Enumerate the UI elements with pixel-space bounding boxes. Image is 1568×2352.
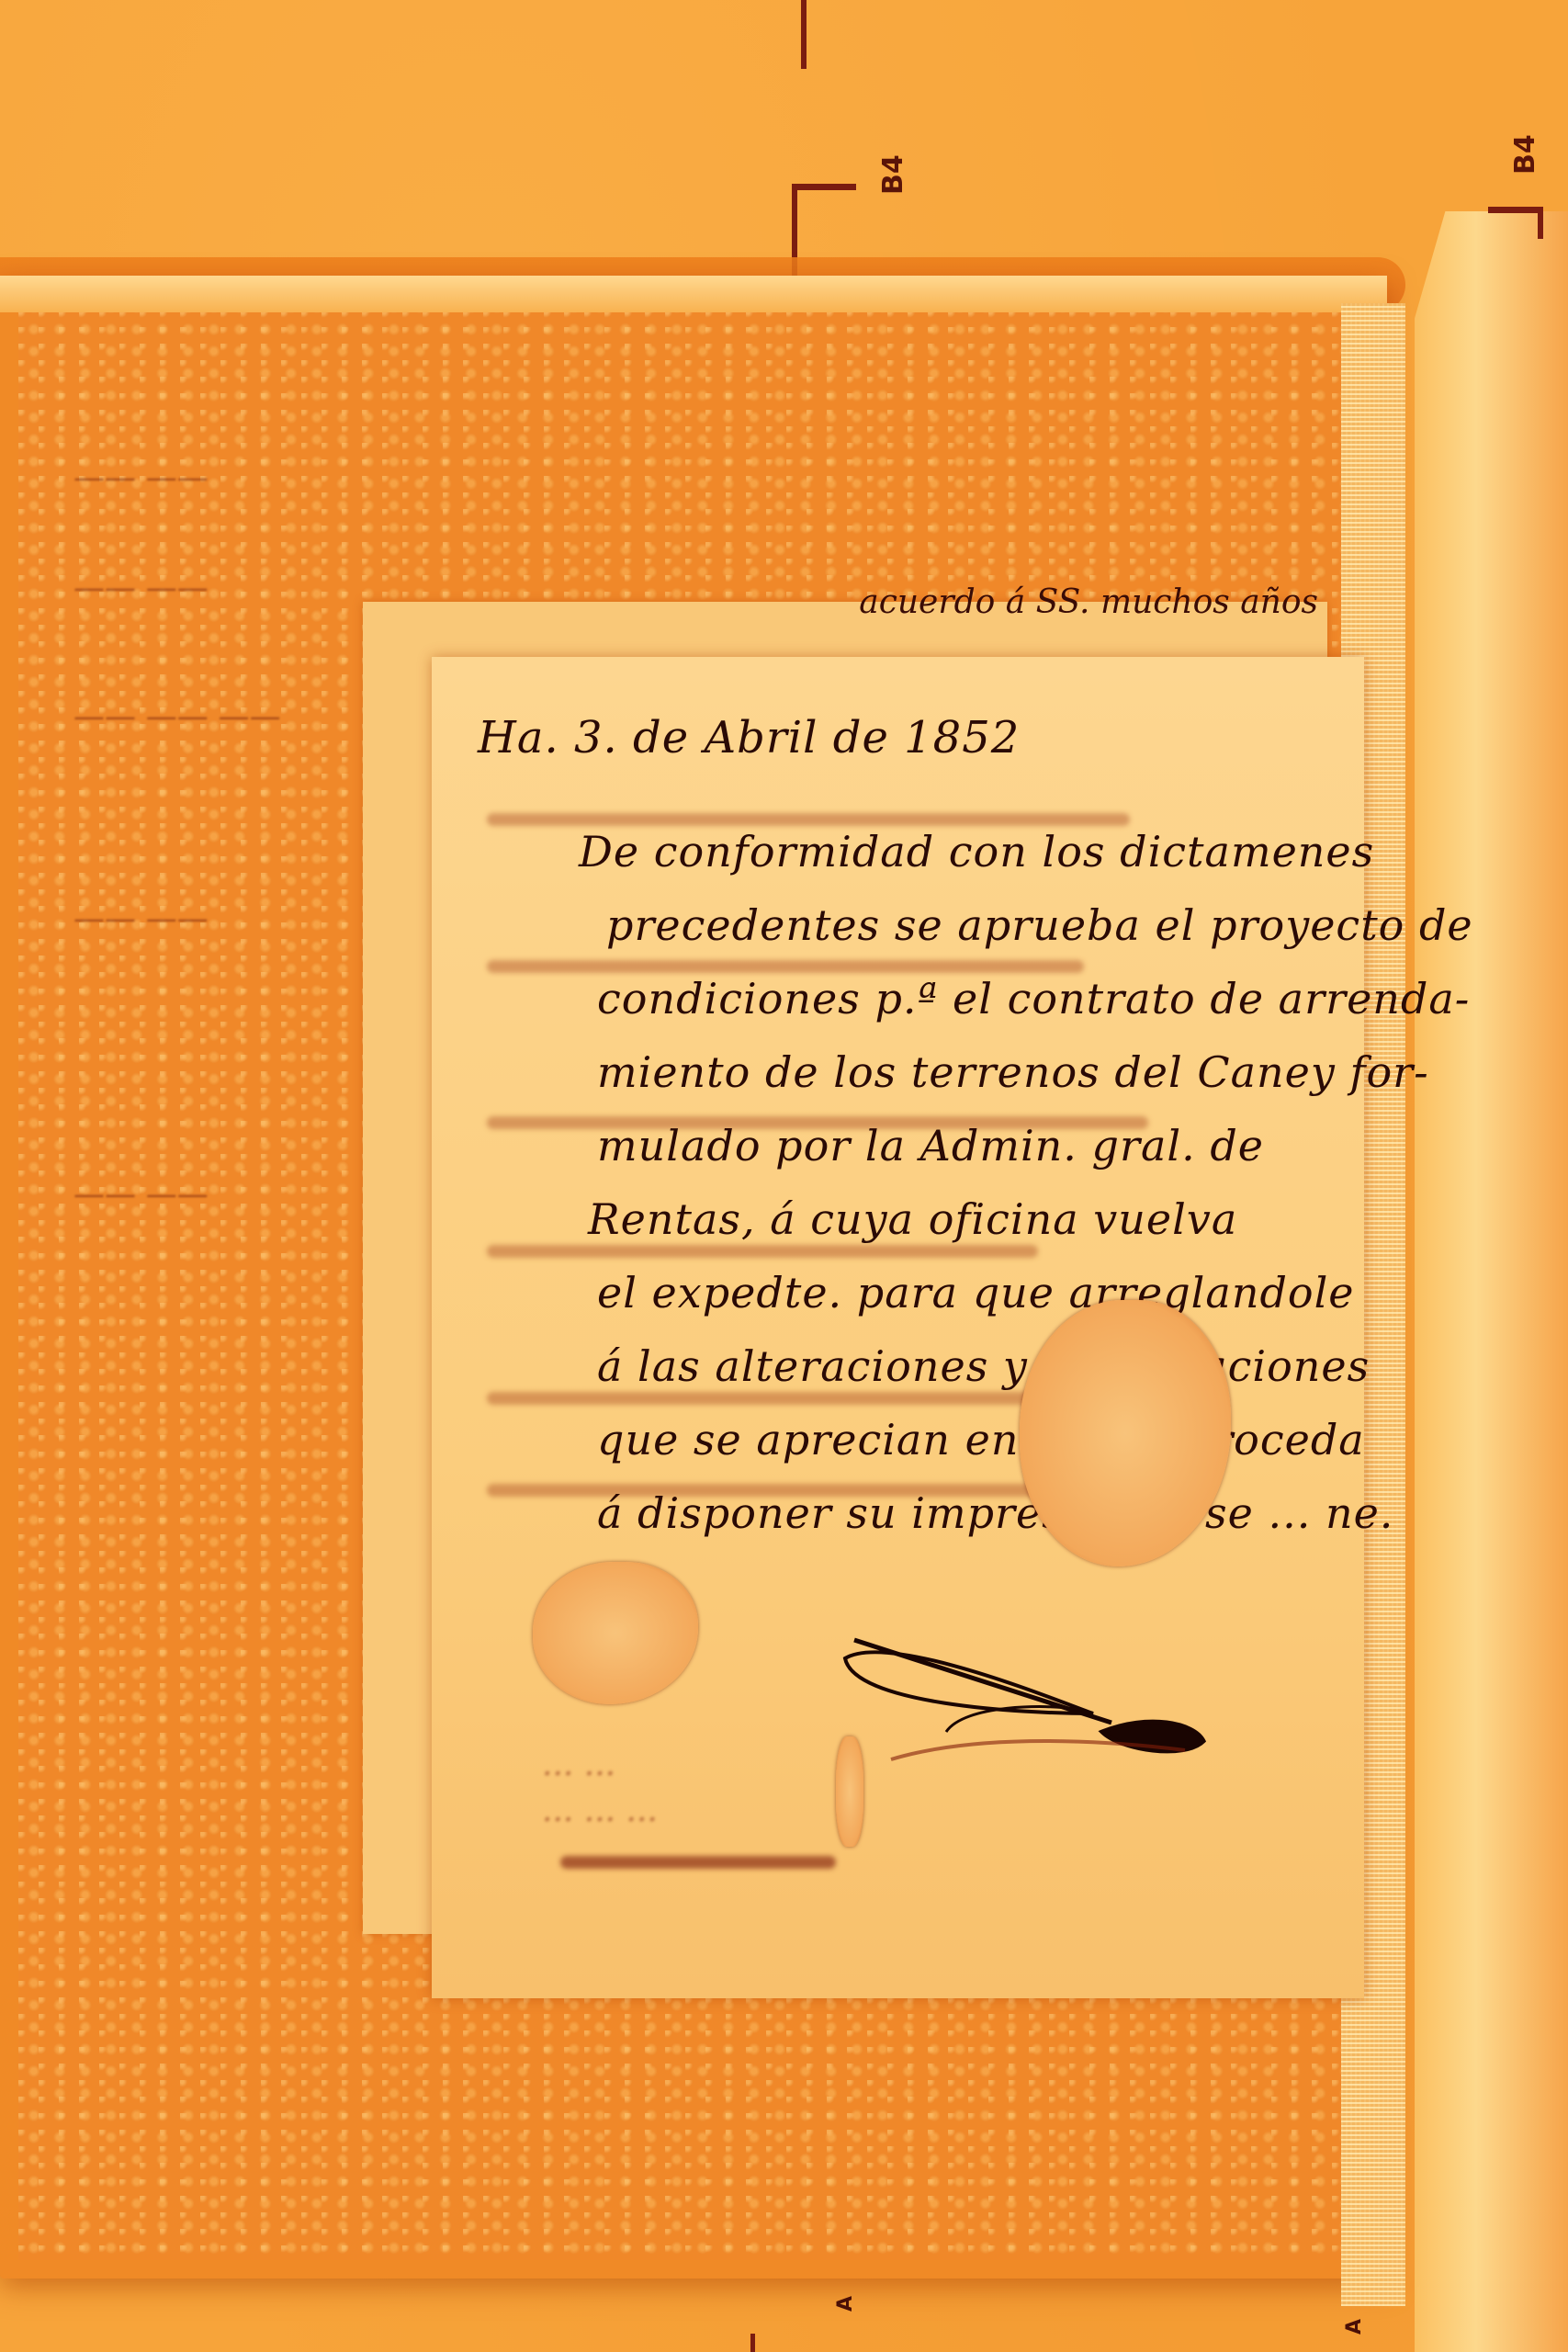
registration-line-top bbox=[801, 0, 807, 69]
bleed-through-line bbox=[487, 1245, 1038, 1258]
body-line-6: Rentas, á cuya oficina vuelva bbox=[588, 1194, 1327, 1244]
bottom-mark-right: A bbox=[1343, 2319, 1366, 2335]
bleed-through-line bbox=[487, 1392, 1111, 1405]
document-sheet: Ha. 3. de Abril de 1852 De conformidad c… bbox=[432, 657, 1364, 1998]
underline-stroke bbox=[560, 1856, 836, 1869]
faded-lower-text-1: ... ... bbox=[542, 1746, 615, 1783]
registration-corner-right-vertical bbox=[1538, 207, 1543, 239]
folder-top-edge bbox=[0, 276, 1387, 312]
registration-label-right: B4 bbox=[1509, 134, 1541, 175]
body-line-5: mulado por la Admin. gral. de bbox=[597, 1121, 1327, 1170]
bleed-through-line bbox=[487, 813, 1130, 826]
body-line-3: condiciones p.ª el contrato de arrenda- bbox=[597, 974, 1327, 1023]
date-line: Ha. 3. de Abril de 1852 bbox=[478, 712, 1327, 763]
signature-rubric bbox=[836, 1603, 1222, 1769]
body-line-7: el expedte. para que arreglandole bbox=[597, 1268, 1327, 1317]
bottom-mark-left: A bbox=[834, 2296, 857, 2312]
bleed-through-line bbox=[487, 960, 1084, 973]
registration-corner-right-horizontal bbox=[1488, 207, 1543, 213]
partial-header-text: acuerdo á SS. muchos años bbox=[859, 583, 1318, 621]
faded-lower-text-2: ... ... ... bbox=[542, 1792, 658, 1829]
body-line-2: precedentes se aprueba el proyecto de bbox=[606, 900, 1327, 950]
registration-line-bottom bbox=[750, 2334, 755, 2352]
body-line-1: De conformidad con los dictamenes bbox=[579, 827, 1327, 876]
registration-corner-left-horizontal bbox=[792, 184, 856, 190]
body-line-10: á disponer su impresion ... se ... ne. bbox=[597, 1488, 1327, 1538]
water-stain-left bbox=[533, 1562, 698, 1704]
folder-right-flap bbox=[1415, 211, 1568, 2352]
registration-label-left: B4 bbox=[877, 154, 909, 195]
body-line-4: miento de los terrenos del Caney for- bbox=[597, 1047, 1327, 1097]
